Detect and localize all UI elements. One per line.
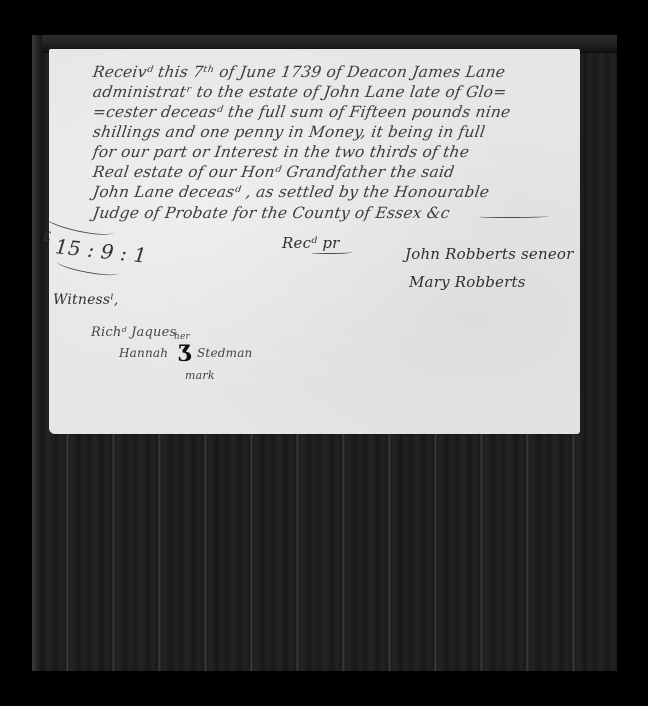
body-line-8: Judge of Probate for the County of Essex… xyxy=(92,204,451,222)
signature-mary-robberts: Mary Robberts xyxy=(409,273,526,291)
backing-left-edge xyxy=(32,35,42,671)
body-line-7: John Lane deceasᵈ , as settled by the Ho… xyxy=(92,183,491,201)
witness-hannah: Hannah xyxy=(119,346,168,360)
body-line-5: for our part or Interest in the two thir… xyxy=(92,143,471,161)
closing-flourish xyxy=(479,215,549,218)
witness-label: Witnessˡ, xyxy=(53,292,119,308)
body-line-6: Real estate of our Honᵈ Grandfather the … xyxy=(92,163,456,181)
witness-stedman: Stedman xyxy=(197,346,253,360)
pound-sign: £ xyxy=(43,230,51,245)
body-line-1: Receivᵈ this 7ᵗʰ of June 1739 of Deacon … xyxy=(92,63,507,81)
signature-john-robberts: John Robberts seneor xyxy=(405,245,574,263)
mark-label-mark: mark xyxy=(185,369,215,382)
receipt-paper: Receivᵈ this 7ᵗʰ of June 1739 of Deacon … xyxy=(49,49,580,434)
body-line-4: shillings and one penny in Money, it bei… xyxy=(92,123,487,141)
witness-rich-jaques: Richᵈ Jaques xyxy=(91,325,176,340)
body-line-2: administratʳ to the estate of John Lane … xyxy=(92,83,508,101)
witness-mark-glyph: Ʒ xyxy=(178,341,193,367)
receipt-mark-underline xyxy=(311,251,353,254)
body-line-3: =cester deceasᵈ the full sum of Fifteen … xyxy=(92,103,512,121)
receipt-mark: Recᵈ pr xyxy=(282,234,340,252)
